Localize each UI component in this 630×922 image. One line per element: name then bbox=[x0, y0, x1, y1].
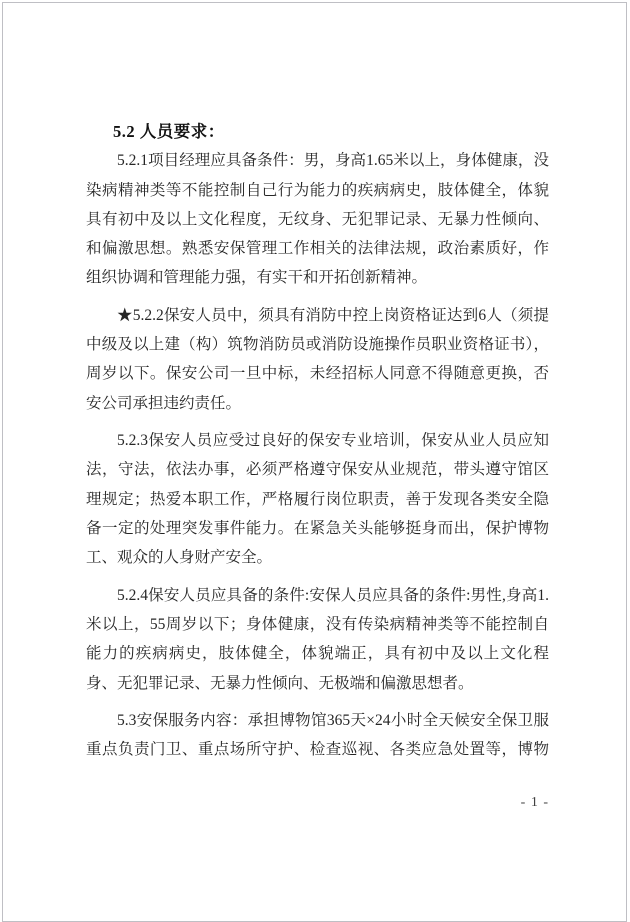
text-line: 5.3安保服务内容：承担博物馆365天×24小时全天候安全保卫服务， bbox=[86, 706, 549, 735]
document-content: 5.2 人员要求： 5.2.1项目经理应具备条件：男，身高1.65米以上，身体健… bbox=[86, 117, 549, 765]
section-heading: 5.2 人员要求： bbox=[86, 117, 549, 146]
paragraph-5-2-3: 5.2.3保安人员应受过良好的保安专业培训，保安从业人员应知法，懂法，守法，依法… bbox=[86, 426, 549, 572]
text-line: 中级及以上建（构）筑物消防员或消防设施操作员职业资格证书），年龄60 bbox=[86, 330, 549, 359]
text-line: 能力的疾病病史，肢体健全，体貌端正，具有初中及以上文化程度，无纹 bbox=[86, 639, 549, 668]
text-line: 5.2.1项目经理应具备条件：男，身高1.65米以上，身体健康，没有传 bbox=[86, 146, 549, 175]
text-line: 和偏激思想。熟悉安保管理工作相关的法律法规，政治素质好，作风正派， bbox=[86, 234, 549, 263]
text-line: 5.2.4保安人员应具备的条件:安保人员应具备的条件:男性,身高1.65 bbox=[86, 581, 549, 610]
page-number: - 1 - bbox=[86, 794, 549, 812]
paragraph-5-2-2: ★5.2.2保安人员中，须具有消防中控上岗资格证达到6人（须提供持中级及以上建（… bbox=[86, 301, 549, 418]
text-line: 染病精神类等不能控制自己行为能力的疾病病史，肢体健全，体貌端正， bbox=[86, 176, 549, 205]
paragraph-5-2-4: 5.2.4保安人员应具备的条件:安保人员应具备的条件:男性,身高1.65米以上，… bbox=[86, 581, 549, 698]
text-line: 理规定；热爱本职工作，严格履行岗位职责，善于发现各类安全隐患，具 bbox=[86, 485, 549, 514]
text-line: 组织协调和管理能力强，有实干和开拓创新精神。 bbox=[86, 263, 549, 292]
text-line: 重点负责门卫、重点场所守护、检查巡视、各类应急处置等，博物馆大型 bbox=[86, 735, 549, 764]
paragraph-5-3: 5.3安保服务内容：承担博物馆365天×24小时全天候安全保卫服务，重点负责门卫… bbox=[86, 706, 549, 765]
text-line: 法，守法，依法办事，必须严格遵守保安从业规范，带头遵守馆区安全管 bbox=[86, 455, 549, 484]
text-line: ★5.2.2保安人员中，须具有消防中控上岗资格证达到6人（须提供持 bbox=[86, 301, 549, 330]
text-line: 安公司承担违约责任。 bbox=[86, 389, 549, 418]
document-body: 5.2.1项目经理应具备条件：男，身高1.65米以上，身体健康，没有传染病精神类… bbox=[86, 146, 549, 764]
text-line: 工、观众的人身财产安全。 bbox=[86, 543, 549, 572]
text-line: 具有初中及以上文化程度，无纹身、无犯罪记录、无暴力性倾向、无极端 bbox=[86, 205, 549, 234]
text-line: 5.2.3保安人员应受过良好的保安专业培训，保安从业人员应知法，懂 bbox=[86, 426, 549, 455]
text-line: 身、无犯罪记录、无暴力性倾向、无极端和偏激思想者。 bbox=[86, 669, 549, 698]
text-line: 米以上，55周岁以下；身体健康，没有传染病精神类等不能控制自己行为 bbox=[86, 610, 549, 639]
text-line: 备一定的处理突发事件能力。在紧急关头能够挺身而出，保护博物馆和员 bbox=[86, 514, 549, 543]
text-line: 周岁以下。保安公司一旦中标，未经招标人同意不得随意更换，否则由保 bbox=[86, 359, 549, 388]
document-page: 5.2 人员要求： 5.2.1项目经理应具备条件：男，身高1.65米以上，身体健… bbox=[2, 2, 627, 886]
paragraph-5-2-1: 5.2.1项目经理应具备条件：男，身高1.65米以上，身体健康，没有传染病精神类… bbox=[86, 146, 549, 292]
